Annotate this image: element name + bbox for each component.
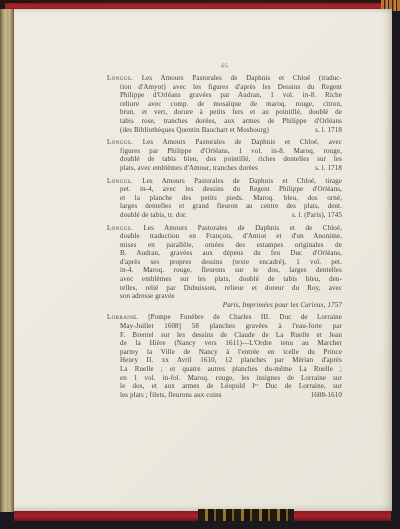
catalog-line: Philippe d'Orléans gravées par Audran, 1…	[107, 91, 342, 100]
catalog-line-text: reliure avec comp. de mosaïque de maroq.…	[120, 100, 342, 108]
catalog-line: Longus. Les Amours Pastorales de Daphnis…	[107, 224, 342, 233]
book-photo-scene: 46 Longus. Les Amours Pastorales de Daph…	[0, 0, 400, 529]
catalog-line: les plats ; filets, fleurons aux coins16…	[107, 391, 342, 400]
catalog-line: le dos, et aux armes de Léopold Iᵉʳ Duc …	[107, 382, 342, 391]
catalog-line: parmy la Ville de Nancy à l'entrée en ic…	[107, 348, 342, 357]
catalog-line-text: La Ruelle ; et quatre autres planches du…	[120, 365, 342, 373]
catalog-line-text: d'après ses propres dessins (texte encad…	[120, 258, 342, 266]
catalog-line: B. Audran, gravées aux dépens du feu Duc…	[107, 249, 342, 258]
catalog-line: Longus. Les Amours Pastorales de Daphnis…	[107, 138, 342, 147]
catalog-line-date: s. l. (Paris), 1745	[292, 211, 342, 220]
catalog-line: F. Brentel sur les dessins de Claude de …	[107, 331, 342, 340]
catalog-entry: Longus. Les Amours Pastorales de Daphnis…	[107, 138, 342, 172]
book-page: 46 Longus. Les Amours Pastorales de Daph…	[13, 9, 392, 511]
catalog-line: Henry II. xx Avril 1610, 12 planches par…	[107, 356, 342, 365]
catalog-text-block: Longus. Les Amours Pastorales de Daphnis…	[107, 74, 342, 399]
entry-heading-label: Longus.	[107, 224, 133, 232]
catalog-line-text: Paris, Imprimées pour les Curieux, 1757	[223, 301, 342, 309]
catalog-line-text: tion d'Amyot) avec les figures d'après l…	[120, 83, 342, 91]
catalog-line-text: pet. in-4, avec les dessins du Regent Ph…	[120, 185, 342, 193]
catalog-line: avec emblèmes sur les plats, doublé de t…	[107, 275, 342, 284]
catalog-line-text: in-4. Maroq. rouge, fleurons sur le dos,…	[120, 266, 342, 274]
catalog-line-text: (des Bibliothèques Quentin Bauchart et M…	[120, 126, 269, 135]
catalog-line-text: Les Amours Pastorales de Daphnis et Chlo…	[142, 177, 342, 185]
catalog-line-text: tabis rose, tranches dorées, aux armes d…	[120, 117, 342, 125]
catalog-line-text: larges dentelles et grand fleuron au cen…	[120, 202, 342, 210]
entry-heading-label: Longus.	[107, 74, 133, 82]
catalog-entry: Longus. Les Amours Pastorales de Daphnis…	[107, 177, 342, 220]
catalog-line-date: s. l. 1718	[315, 126, 342, 135]
catalog-line-text: son adresse gravée	[120, 292, 175, 300]
entry-heading-label: Longus.	[107, 138, 133, 146]
catalog-line-text: figures par Philippe d'Orléans, 1 vol. i…	[120, 147, 342, 155]
page-number: 46	[107, 61, 342, 71]
entry-heading-label: Lorraine.	[107, 313, 139, 321]
catalog-line-text: doublé de tabis bleu, dos pointillé, ric…	[120, 155, 342, 163]
catalog-line-text: Les Amours Pastorales de Daphnis et de C…	[144, 224, 342, 232]
catalog-line: doublé de tabis, tr. dor.s. l. (Paris), …	[107, 211, 342, 220]
catalog-line: in-4. Maroq. rouge, fleurons sur le dos,…	[107, 266, 342, 275]
catalog-line: tion d'Amyot) avec les figures d'après l…	[107, 83, 342, 92]
catalog-line: Longus. Les Amours Pastorales de Daphnis…	[107, 177, 342, 186]
catalog-line-text: les plats ; filets, fleurons aux coins	[120, 391, 222, 400]
gilt-flecked-tail-band	[198, 509, 294, 521]
catalog-line-date: s. l. 1718	[315, 164, 342, 173]
catalog-line-text: May-Juillet 1608] 58 planches gravées à …	[120, 322, 342, 330]
catalog-line-text: plats, avec emblèmes d'Amour, tranches d…	[120, 164, 258, 173]
catalog-line: doublé de tabis bleu, dos pointillé, ric…	[107, 155, 342, 164]
catalog-line: La Ruelle ; et quatre autres planches du…	[107, 365, 342, 374]
catalog-line-text: Henry II. xx Avril 1610, 12 planches par…	[120, 356, 342, 364]
catalog-line-text: brun, et vert, dorure à petits fers et a…	[120, 108, 342, 116]
catalog-line: plats, avec emblèmes d'Amour, tranches d…	[107, 164, 342, 173]
catalog-line: tabis rose, tranches dorées, aux armes d…	[107, 117, 342, 126]
catalog-line-text: mises en parallèle, ornées des estampes …	[120, 241, 342, 249]
catalog-line: et la planche des petits pieds. Maroq. b…	[107, 194, 342, 203]
catalog-entry: Longus. Les Amours Pastorales de Daphnis…	[107, 224, 342, 310]
catalog-line: d'après ses propres dessins (texte encad…	[107, 258, 342, 267]
catalog-line-text: B. Audran, gravées aux dépens du feu Duc…	[120, 249, 342, 257]
catalog-line-date: 1608-1610	[311, 391, 342, 400]
catalog-line-text: le dos, et aux armes de Léopold Iᵉʳ Duc …	[120, 382, 342, 390]
catalog-line-text: en 1 vol. in-fol. Maroq. rouge, les insi…	[120, 374, 342, 382]
catalog-line-text: F. Brentel sur les dessins de Claude de …	[120, 331, 342, 339]
catalog-line: figures par Philippe d'Orléans, 1 vol. i…	[107, 147, 342, 156]
catalog-line: telles, relié par Dubuisson, relieur et …	[107, 284, 342, 293]
catalog-line-text: Les Amours Pastorales de Daphnis et Chlo…	[142, 74, 342, 82]
catalog-line-text: avec emblèmes sur les plats, doublé de t…	[120, 275, 342, 283]
catalog-line: en 1 vol. in-fol. Maroq. rouge, les insi…	[107, 374, 342, 383]
catalog-line: Paris, Imprimées pour les Curieux, 1757	[107, 301, 342, 310]
catalog-line-text: Philippe d'Orléans gravées par Audran, 1…	[120, 91, 342, 99]
catalog-line: reliure avec comp. de mosaïque de maroq.…	[107, 100, 342, 109]
page-fore-edges	[0, 9, 14, 512]
catalog-line-text: parmy la Ville de Nancy à l'entrée en ic…	[120, 348, 342, 356]
catalog-line: son adresse gravée	[107, 292, 342, 301]
catalog-line: larges dentelles et grand fleuron au cen…	[107, 202, 342, 211]
catalog-line: Lorraine. [Pompe Funèbre de Charles III.…	[107, 313, 342, 322]
catalog-line-text: double traduction en François, d'Amiot e…	[120, 232, 342, 240]
catalog-line-text: telles, relié par Dubuisson, relieur et …	[120, 284, 342, 292]
catalog-entry: Longus. Les Amours Pastorales de Daphnis…	[107, 74, 342, 134]
catalog-line: Longus. Les Amours Pastorales de Daphnis…	[107, 74, 342, 83]
catalog-line: brun, et vert, dorure à petits fers et a…	[107, 108, 342, 117]
catalog-line: (des Bibliothèques Quentin Bauchart et M…	[107, 126, 342, 135]
catalog-line: de la Hière (Nancy vers 1611)—L'Ordre te…	[107, 339, 342, 348]
catalog-line: mises en parallèle, ornées des estampes …	[107, 241, 342, 250]
entry-heading-label: Longus.	[107, 177, 133, 185]
catalog-line-text: et la planche des petits pieds. Maroq. b…	[120, 194, 342, 202]
catalog-line: double traduction en François, d'Amiot e…	[107, 232, 342, 241]
catalog-entry: Lorraine. [Pompe Funèbre de Charles III.…	[107, 313, 342, 399]
catalog-line-text: doublé de tabis, tr. dor.	[120, 211, 187, 220]
catalog-line: May-Juillet 1608] 58 planches gravées à …	[107, 322, 342, 331]
catalog-line-text: de la Hière (Nancy vers 1611)—L'Ordre te…	[120, 339, 342, 347]
catalog-line: pet. in-4, avec les dessins du Regent Ph…	[107, 185, 342, 194]
catalog-line-text: Les Amours Pastorales de Daphnis et Chlo…	[143, 138, 342, 146]
catalog-line-text: [Pompe Funèbre de Charles III. Duc de Lo…	[148, 313, 342, 321]
